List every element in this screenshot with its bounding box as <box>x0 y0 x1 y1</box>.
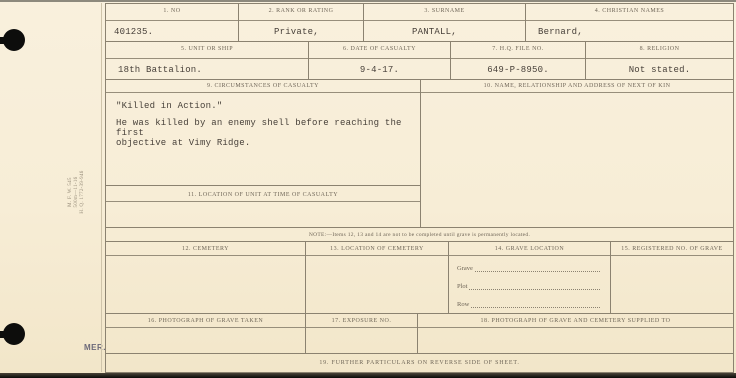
further-particulars-note: 19. FURTHER PARTICULARS ON REVERSE SIDE … <box>106 354 733 372</box>
plot-field-line <box>469 282 600 290</box>
exposure-no-value <box>306 328 417 353</box>
circumstances-quote: "Killed in Action." <box>116 101 410 111</box>
grave-note: NOTE:—Items 12, 13 and 14 are not to be … <box>106 228 733 242</box>
field-surname: 3. SURNAME PANTALL, <box>364 4 526 41</box>
section-circumstances: 9. CIRCUMSTANCES OF CASUALTY "Killed in … <box>106 80 420 186</box>
field-christian-names-label: 4. CHRISTIAN NAMES <box>526 4 733 21</box>
field-christian-names: 4. CHRISTIAN NAMES Bernard, <box>526 4 733 41</box>
form-row-4: 12. CEMETERY 13. LOCATION OF CEMETERY 14… <box>106 242 733 314</box>
row-field-line <box>471 300 600 308</box>
plot-field-label: Plot <box>457 283 467 290</box>
field-christian-names-value: Bernard, <box>526 21 733 37</box>
field-religion-value: Not stated. <box>586 59 733 75</box>
plot-field: Plot <box>457 282 600 290</box>
imprint-line: H. Q. 1772-39-946 <box>80 152 86 232</box>
page-bottom-edge <box>0 373 736 378</box>
section-unit-location: 11. LOCATION OF UNIT AT TIME OF CASUALTY <box>106 186 420 227</box>
field-no-label: 1. NO <box>106 4 238 21</box>
field-unit-value: 18th Battalion. <box>106 59 308 75</box>
left-rule <box>101 3 102 372</box>
field-rank-value: Private, <box>239 21 363 37</box>
circumstances-line-1: He was killed by an enemy shell before r… <box>116 118 410 138</box>
binder-clip-top <box>0 37 12 44</box>
circumstances-line-2: objective at Vimy Ridge. <box>116 138 410 148</box>
circumstances-text: "Killed in Action." He was killed by an … <box>106 93 420 148</box>
section-photo-taken: 16. PHOTOGRAPH OF GRAVE TAKEN <box>106 314 306 353</box>
field-date-of-casualty-value: 9-4-17. <box>309 59 450 75</box>
exposure-no-label: 17. EXPOSURE NO. <box>306 314 417 328</box>
circumstances-of-death-form: 1. NO 401235. 2. RANK OR RATING Private,… <box>105 3 734 373</box>
page-top-edge <box>0 0 736 2</box>
photo-supplied-label: 18. PHOTOGRAPH OF GRAVE AND CEMETERY SUP… <box>418 314 733 328</box>
cemetery-location-label: 13. LOCATION OF CEMETERY <box>306 242 448 256</box>
binder-clip-bottom <box>0 331 12 338</box>
unit-location-value <box>106 202 420 227</box>
cemetery-label: 12. CEMETERY <box>106 242 305 256</box>
section-next-of-kin: 10. NAME, RELATIONSHIP AND ADDRESS OF NE… <box>421 80 733 227</box>
printer-imprint: M. F. W. 545 500m—11-16 H. Q. 1772-39-94… <box>68 152 86 232</box>
registered-no-label: 15. REGISTERED NO. OF GRAVE <box>611 242 733 256</box>
field-unit: 5. UNIT OR SHIP 18th Battalion. <box>106 42 309 79</box>
form-row-3: 9. CIRCUMSTANCES OF CASUALTY "Killed in … <box>106 80 733 228</box>
field-unit-label: 5. UNIT OR SHIP <box>106 42 308 59</box>
row-field: Row <box>457 300 600 308</box>
grave-location-label: 14. GRAVE LOCATION <box>449 242 610 256</box>
field-date-of-casualty: 6. DATE OF CASUALTY 9-4-17. <box>309 42 451 79</box>
row-field-label: Row <box>457 301 469 308</box>
field-surname-label: 3. SURNAME <box>364 4 525 21</box>
field-surname-value: PANTALL, <box>364 21 525 37</box>
circumstances-label: 9. CIRCUMSTANCES OF CASUALTY <box>106 80 420 93</box>
photo-taken-label: 16. PHOTOGRAPH OF GRAVE TAKEN <box>106 314 305 328</box>
section-registered-no: 15. REGISTERED NO. OF GRAVE <box>611 242 733 313</box>
form-row-1: 1. NO 401235. 2. RANK OR RATING Private,… <box>106 4 733 42</box>
field-date-of-casualty-label: 6. DATE OF CASUALTY <box>309 42 450 59</box>
form-row-2: 5. UNIT OR SHIP 18th Battalion. 6. DATE … <box>106 42 733 80</box>
section-exposure-no: 17. EXPOSURE NO. <box>306 314 418 353</box>
next-of-kin-column: 10. NAME, RELATIONSHIP AND ADDRESS OF NE… <box>421 80 733 227</box>
field-hq-file-no-label: 7. H.Q. FILE NO. <box>451 42 585 59</box>
cemetery-location-value <box>306 256 448 313</box>
photo-supplied-value <box>418 328 733 353</box>
form-row-5: 16. PHOTOGRAPH OF GRAVE TAKEN 17. EXPOSU… <box>106 314 733 354</box>
cemetery-value <box>106 256 305 313</box>
unit-location-label: 11. LOCATION OF UNIT AT TIME OF CASUALTY <box>106 186 420 202</box>
photo-taken-value <box>106 328 305 353</box>
grave-field-label: Grave <box>457 265 473 272</box>
field-rank: 2. RANK OR RATING Private, <box>239 4 364 41</box>
section-photo-supplied: 18. PHOTOGRAPH OF GRAVE AND CEMETERY SUP… <box>418 314 733 353</box>
next-of-kin-label: 10. NAME, RELATIONSHIP AND ADDRESS OF NE… <box>421 80 733 93</box>
field-hq-file-no-value: 649-P-8950. <box>451 59 585 75</box>
field-rank-label: 2. RANK OR RATING <box>239 4 363 21</box>
field-religion-label: 8. RELIGION <box>586 42 733 59</box>
grave-field-line <box>475 264 600 272</box>
field-no: 1. NO 401235. <box>106 4 239 41</box>
next-of-kin-value <box>421 93 733 227</box>
registered-no-value <box>611 256 733 313</box>
grave-field: Grave <box>457 264 600 272</box>
section-cemetery-location: 13. LOCATION OF CEMETERY <box>306 242 449 313</box>
mer-stamp: MER. <box>84 343 106 352</box>
field-hq-file-no: 7. H.Q. FILE NO. 649-P-8950. <box>451 42 586 79</box>
circumstances-column: 9. CIRCUMSTANCES OF CASUALTY "Killed in … <box>106 80 421 227</box>
section-grave-location: 14. GRAVE LOCATION Grave Plot Row <box>449 242 611 313</box>
field-religion: 8. RELIGION Not stated. <box>586 42 733 79</box>
field-no-value: 401235. <box>106 21 238 37</box>
section-cemetery: 12. CEMETERY <box>106 242 306 313</box>
